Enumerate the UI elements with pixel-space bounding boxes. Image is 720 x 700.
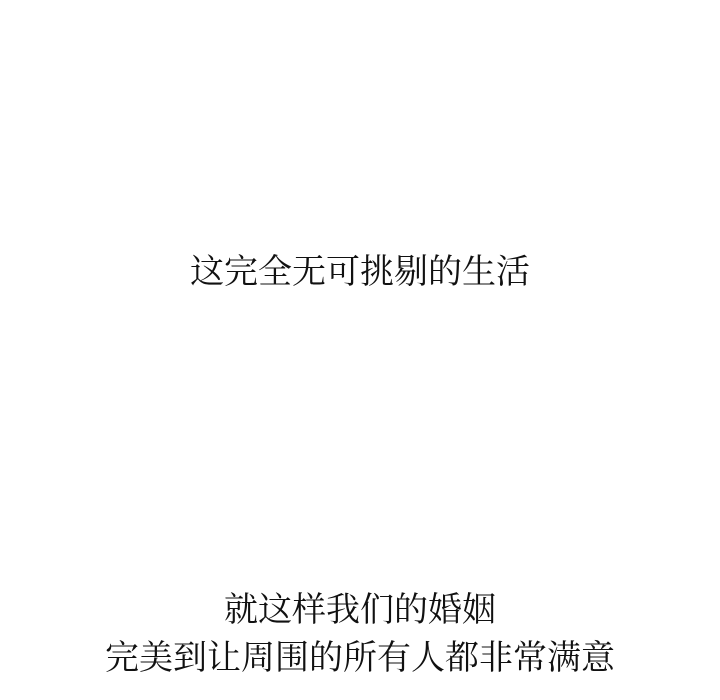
comic-panel: 这完全无可挑剔的生活 就这样我们的婚姻 完美到让周围的所有人都非常满意	[0, 0, 720, 700]
caption-bottom-line-2: 完美到让周围的所有人都非常满意	[0, 634, 720, 682]
caption-bottom: 就这样我们的婚姻 完美到让周围的所有人都非常满意	[0, 586, 720, 682]
caption-top: 这完全无可挑剔的生活	[0, 252, 720, 292]
caption-bottom-line-1: 就这样我们的婚姻	[0, 586, 720, 634]
